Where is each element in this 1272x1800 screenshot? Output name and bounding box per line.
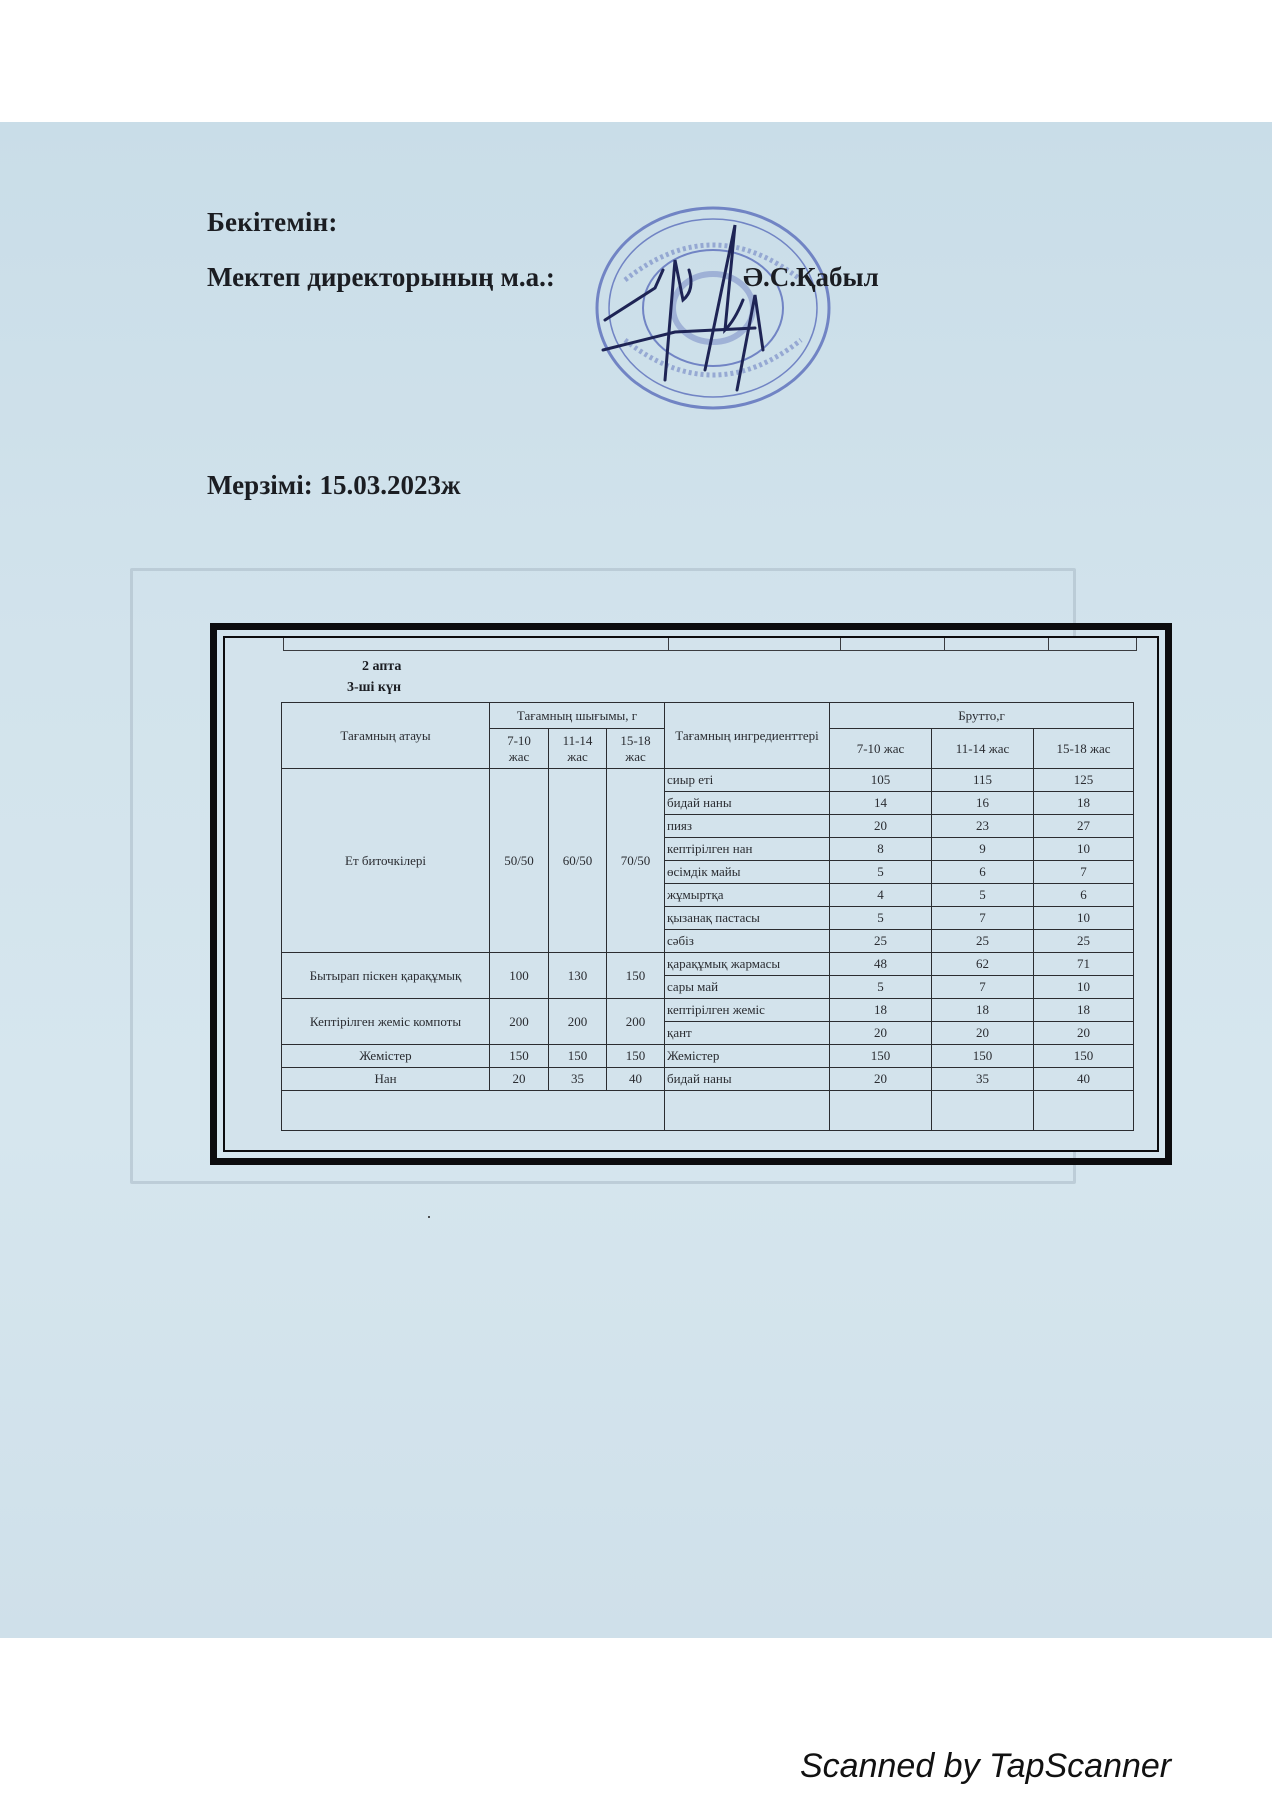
menu-table-frame: 2 апта 3-ші күн Тағамның атауыТағамның ш… xyxy=(210,623,1172,1165)
brutto-value: 16 xyxy=(932,792,1034,815)
empty-cell xyxy=(932,1091,1034,1131)
header-row: Тағамның атауыТағамның шығымы, гТағамның… xyxy=(282,703,1134,729)
table-row: Жемістер150150150Жемістер150150150 xyxy=(282,1045,1134,1068)
scanner-watermark: Scanned by TapScanner xyxy=(800,1747,1171,1786)
director-label: Мектеп директорының м.а.: xyxy=(207,262,555,293)
brutto-value: 25 xyxy=(932,930,1034,953)
ingredient-name: сәбіз xyxy=(665,930,830,953)
header-output-age: 11-14 жас xyxy=(549,729,607,769)
brutto-value: 7 xyxy=(932,907,1034,930)
header-brutto: Брутто,г xyxy=(830,703,1134,729)
brutto-value: 150 xyxy=(932,1045,1034,1068)
brutto-value: 14 xyxy=(830,792,932,815)
dish-output: 100 xyxy=(490,953,549,999)
brutto-value: 5 xyxy=(830,907,932,930)
dish-name: Кептірілген жеміс компоты xyxy=(282,999,490,1045)
brutto-value: 4 xyxy=(830,884,932,907)
empty-row xyxy=(282,1091,1134,1131)
brutto-value: 6 xyxy=(932,861,1034,884)
brutto-value: 27 xyxy=(1034,815,1134,838)
brutto-value: 150 xyxy=(1034,1045,1134,1068)
brutto-value: 115 xyxy=(932,769,1034,792)
table-row: Нан203540бидай наны203540 xyxy=(282,1068,1134,1091)
brutto-value: 20 xyxy=(932,1022,1034,1045)
dish-output: 150 xyxy=(490,1045,549,1068)
header-brutto-age: 11-14 жас xyxy=(932,729,1034,769)
brutto-value: 150 xyxy=(830,1045,932,1068)
day-label: 3-ші күн xyxy=(347,680,401,696)
cut-off-table-row xyxy=(283,638,1137,651)
table-row: Ет биточкілері50/5060/5070/50сиыр еті105… xyxy=(282,769,1134,792)
brutto-value: 5 xyxy=(830,861,932,884)
brutto-value: 9 xyxy=(932,838,1034,861)
menu-table: Тағамның атауыТағамның шығымы, гТағамның… xyxy=(281,702,1134,1131)
brutto-value: 5 xyxy=(830,976,932,999)
brutto-value: 7 xyxy=(932,976,1034,999)
signature-icon xyxy=(603,225,763,390)
dish-output: 20 xyxy=(490,1068,549,1091)
ingredient-name: қызанақ пастасы xyxy=(665,907,830,930)
dish-output: 150 xyxy=(607,1045,665,1068)
dish-output: 200 xyxy=(607,999,665,1045)
dish-output: 60/50 xyxy=(549,769,607,953)
header-dish-name: Тағамның атауы xyxy=(282,703,490,769)
dish-output: 150 xyxy=(549,1045,607,1068)
brutto-value: 62 xyxy=(932,953,1034,976)
ingredient-name: бидай наны xyxy=(665,792,830,815)
header-ingredients: Тағамның ингредиенттері xyxy=(665,703,830,769)
round-seal-stamp-icon xyxy=(585,200,835,415)
brutto-value: 25 xyxy=(1034,930,1134,953)
brutto-value: 20 xyxy=(830,815,932,838)
brutto-value: 20 xyxy=(830,1068,932,1091)
brutto-value: 18 xyxy=(830,999,932,1022)
ingredient-name: кептірілген жеміс xyxy=(665,999,830,1022)
empty-cell xyxy=(830,1091,932,1131)
brutto-value: 105 xyxy=(830,769,932,792)
brutto-value: 10 xyxy=(1034,976,1134,999)
brutto-value: 8 xyxy=(830,838,932,861)
brutto-value: 10 xyxy=(1034,907,1134,930)
ingredient-name: Жемістер xyxy=(665,1045,830,1068)
dish-output: 40 xyxy=(607,1068,665,1091)
dish-name: Нан xyxy=(282,1068,490,1091)
header-brutto-age: 7-10 жас xyxy=(830,729,932,769)
ingredient-name: өсімдік майы xyxy=(665,861,830,884)
dish-output: 50/50 xyxy=(490,769,549,953)
brutto-value: 20 xyxy=(1034,1022,1134,1045)
dish-output: 200 xyxy=(490,999,549,1045)
brutto-value: 125 xyxy=(1034,769,1134,792)
approve-label: Бекітемін: xyxy=(207,207,338,238)
header-output-age: 15-18 жас xyxy=(607,729,665,769)
ingredient-name: қант xyxy=(665,1022,830,1045)
brutto-value: 20 xyxy=(830,1022,932,1045)
ingredient-name: бидай наны xyxy=(665,1068,830,1091)
table-row: Бытырап піскен қарақұмық100130150қарақұм… xyxy=(282,953,1134,976)
ingredient-name: сары май xyxy=(665,976,830,999)
brutto-value: 10 xyxy=(1034,838,1134,861)
ingredient-name: қарақұмық жармасы xyxy=(665,953,830,976)
dish-name: Ет биточкілері xyxy=(282,769,490,953)
ingredient-name: жұмыртқа xyxy=(665,884,830,907)
brutto-value: 48 xyxy=(830,953,932,976)
ingredient-name: сиыр еті xyxy=(665,769,830,792)
brutto-value: 35 xyxy=(932,1068,1034,1091)
ingredient-name: кептірілген нан xyxy=(665,838,830,861)
approval-date: Мерзімі: 15.03.2023ж xyxy=(207,470,461,501)
brutto-value: 5 xyxy=(932,884,1034,907)
brutto-value: 71 xyxy=(1034,953,1134,976)
ingredient-name: пияз xyxy=(665,815,830,838)
dust-speck xyxy=(428,1216,430,1218)
dish-output: 200 xyxy=(549,999,607,1045)
brutto-value: 25 xyxy=(830,930,932,953)
dish-output: 35 xyxy=(549,1068,607,1091)
header-output-age: 7-10 жас xyxy=(490,729,549,769)
empty-cell xyxy=(282,1091,665,1131)
week-label: 2 апта xyxy=(362,659,401,675)
brutto-value: 18 xyxy=(1034,999,1134,1022)
brutto-value: 7 xyxy=(1034,861,1134,884)
empty-cell xyxy=(665,1091,830,1131)
table-row: Кептірілген жеміс компоты200200200кептір… xyxy=(282,999,1134,1022)
dish-output: 70/50 xyxy=(607,769,665,953)
header-output: Тағамның шығымы, г xyxy=(490,703,665,729)
brutto-value: 18 xyxy=(1034,792,1134,815)
brutto-value: 6 xyxy=(1034,884,1134,907)
dish-name: Бытырап піскен қарақұмық xyxy=(282,953,490,999)
dish-output: 130 xyxy=(549,953,607,999)
brutto-value: 40 xyxy=(1034,1068,1134,1091)
header-brutto-age: 15-18 жас xyxy=(1034,729,1134,769)
brutto-value: 18 xyxy=(932,999,1034,1022)
signer-name: Ә.С.Қабыл xyxy=(743,262,879,293)
brutto-value: 23 xyxy=(932,815,1034,838)
dish-output: 150 xyxy=(607,953,665,999)
empty-cell xyxy=(1034,1091,1134,1131)
dish-name: Жемістер xyxy=(282,1045,490,1068)
